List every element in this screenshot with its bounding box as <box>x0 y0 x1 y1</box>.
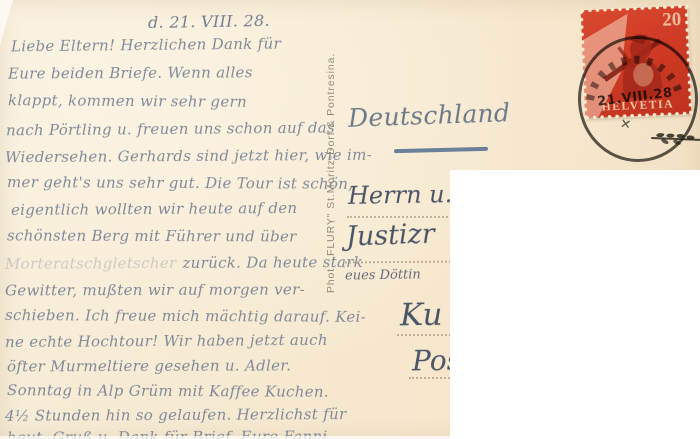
faint-erased-word: Morteratschgletscher <box>5 254 177 273</box>
message-line: Eure beiden Briefe. Wenn alles <box>8 63 253 82</box>
message-line: schönsten Berg mit Führer und über <box>7 226 297 245</box>
blue-pencil-underline <box>394 147 488 153</box>
message-line: 4½ Stunden hin so gelaufen. Herzlichst f… <box>5 405 347 425</box>
privacy-redaction-box <box>450 170 700 439</box>
message-line: klappt, kommen wir sehr gern <box>8 91 247 111</box>
address-line-2: Justizr <box>345 218 435 252</box>
message-line: öfter Murmeltiere gesehen u. Adler. <box>7 357 291 376</box>
message-line: schieben. Ich freue mich mächtig darauf.… <box>5 306 366 326</box>
postmark-cancel: 21.VIII.28 ✕ <box>576 34 694 160</box>
stamp-denomination: 20 <box>662 9 682 32</box>
address-line-4: Ku <box>400 297 443 334</box>
cancel-x-mark: ✕ <box>619 117 638 135</box>
destination-country: Deutschland <box>348 98 511 133</box>
handwritten-date: d. 21. VIII. 28. <box>148 11 270 32</box>
printed-address-rule <box>347 216 459 218</box>
message-line: ne echte Hochtour! Wir haben jetzt auch <box>5 331 328 351</box>
message-line: Morteratschgletscherzurück. Da heute sta… <box>5 253 363 273</box>
message-line: Sonntag in Alp Grüm mit Kaffee Kuchen. <box>7 381 329 401</box>
address-line-1: Herrn u. <box>348 180 453 210</box>
message-line: Liebe Eltern! Herzlichen Dank für <box>11 35 281 56</box>
printed-address-rule <box>345 261 459 264</box>
message-line: mer geht's uns sehr gut. Die Tour ist sc… <box>7 173 353 193</box>
message-line: nach Pörtling u. freuen uns schon auf da… <box>6 119 335 140</box>
message-line: Wiedersehen. Gerhards sind jetzt hier, w… <box>5 146 372 167</box>
message-line: eigentlich wollten wir heute auf den <box>11 199 297 219</box>
address-line-3: eues Döttin <box>345 267 421 283</box>
handwritten-message: Liebe Eltern! Herzlichen Dank für Eure b… <box>5 34 351 439</box>
publisher-imprint: Phot. „FLURY" St.Moritz-Dorf & Pontresin… <box>325 23 337 323</box>
postcard-back-scan: { "postcard": { "date_line": "d. 21. VII… <box>0 0 700 439</box>
message-line: Gewitter, mußten wir auf morgen ver- <box>5 280 305 299</box>
